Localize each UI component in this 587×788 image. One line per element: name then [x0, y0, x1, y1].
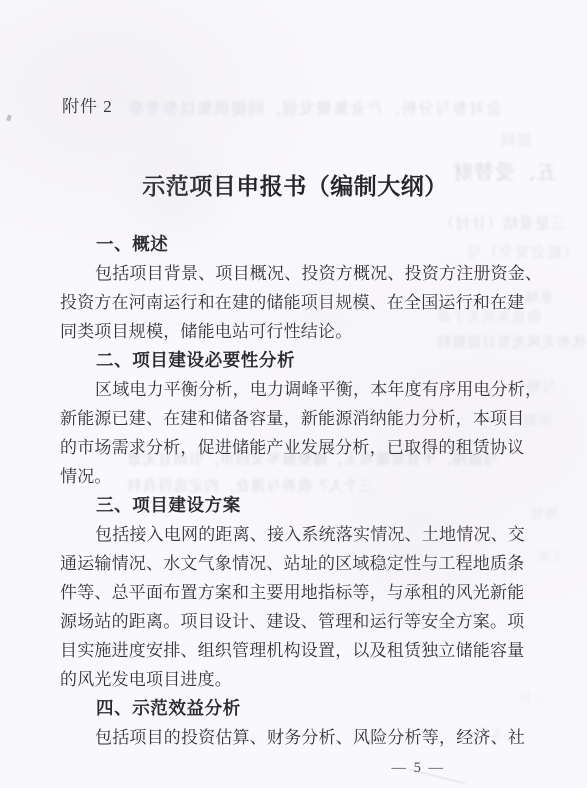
- scanned-document-page: 会对参与分析，产业集聚发展，同提供集以参考奉提间五、受替财三是妥结（计付）（抵会…: [0, 0, 587, 788]
- ghost-text: 地贸: [530, 503, 558, 522]
- body-text-line: 情况。: [60, 462, 530, 491]
- page-number: — 5 —: [392, 758, 446, 778]
- body-text-line: 投资方在河南运行和在建的储能项目规模、在全国运行和在建: [60, 288, 530, 317]
- body-text-line: 同类项目规模，储能电站可行性结论。: [60, 317, 530, 346]
- body-text-line: 包括接入电网的距离、接入系统落实情况、土地情况、交: [60, 520, 530, 549]
- body-text-line: 源场站的距离。项目设计、建设、管理和运行等安全方案。项: [60, 607, 530, 636]
- body-text-line: 件等、总平面布置方案和主要用地指标等，与承租的风光新能: [60, 578, 530, 607]
- section-heading: 二、项目建设必要性分析: [60, 346, 530, 375]
- attachment-label: 附件 2: [62, 95, 113, 119]
- document-content: 附件 2 示范项目申报书（编制大纲） 一、概述包括项目背景、项目概况、投资方概况…: [60, 0, 530, 788]
- section-heading: 四、示范效益分析: [60, 694, 530, 723]
- body-text-line: 新能源已建、在建和储备容量，新能源消纳能力分析，本项目: [60, 404, 530, 433]
- document-flow: 一、概述包括项目背景、项目概况、投资方概况、投资方注册资金、投资方在河南运行和在…: [60, 230, 530, 752]
- body-text-line: 的市场需求分析，促进储能产业发展分析，已取得的租赁协议: [60, 433, 530, 462]
- body-text-line: 的风光发电项目进度。: [60, 665, 530, 694]
- body-text-line: 包括项目背景、项目概况、投资方概况、投资方注册资金、: [60, 259, 530, 288]
- body-text-line: 区域电力平衡分析，电力调峰平衡，本年度有序用电分析，: [60, 375, 530, 404]
- body-text-line: 通运输情况、水文气象情况、站址的区域稳定性与工程地质条: [60, 549, 530, 578]
- body-text-line: 包括项目的投资估算、财务分析、风险分析等，经济、社: [60, 723, 530, 752]
- body-text-line: 目实施进度安排、组织管理机构设置，以及租赁独立储能容量: [60, 636, 530, 665]
- scan-speck-artifact: [6, 114, 12, 121]
- section-heading: 三、项目建设方案: [60, 491, 530, 520]
- ghost-text: 于果: [536, 546, 564, 565]
- document-title: 示范项目申报书（编制大纲）: [60, 170, 530, 204]
- section-heading: 一、概述: [60, 230, 530, 259]
